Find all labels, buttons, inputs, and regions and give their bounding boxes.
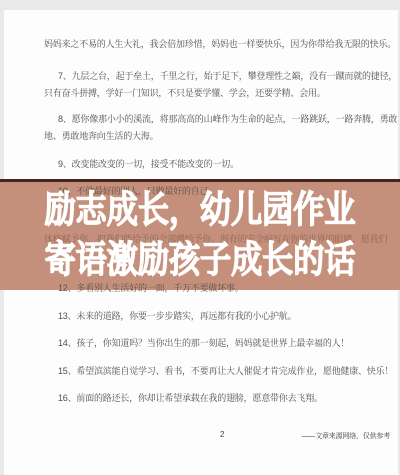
list-item-12: 12、多看别人生活好的一面，千万不要做坏事。 bbox=[44, 280, 398, 297]
banner-title-line1: 励志成长，幼儿园作业 bbox=[45, 188, 356, 232]
page-number: 2 bbox=[220, 430, 224, 439]
paragraph-intro: 妈妈来之不易的人生大礼，我会倍加珍惜，妈妈也一样要快乐，因为你带给我无限的快乐。 bbox=[44, 36, 398, 53]
list-item-7: 7、九层之台，起于垒土，千里之行，始于足下，攀登理性之巅，没有一蹴而就的捷径，只… bbox=[44, 68, 398, 102]
list-item-15: 15、希望滨滨能自觉学习、看书，不要再让大人催促才肯完成作业，愿他健康、快乐！ bbox=[44, 363, 398, 380]
list-item-9: 9、改变能改变的一切，接受不能改变的一切。 bbox=[44, 156, 398, 173]
banner-title-line2: 寄语激励孩子成长的话 bbox=[45, 238, 356, 282]
list-item-14: 14、孩子，你知道吗？当你出生的那一刻起，妈妈就是世界上最幸福的人！ bbox=[44, 335, 398, 352]
list-item-16: 16、前面的路还长，你却让希望承载在我的翅膀，愿意带你去飞翔。 bbox=[44, 390, 398, 407]
list-item-13: 13、未来的道路，你要一步步踏实，再远都有我的小心护航。 bbox=[44, 308, 398, 325]
source-note: ——文章来源网络，仅供参考 bbox=[302, 431, 390, 441]
list-item-8: 8、愿你像那小小的溪流，将那高高的山峰作为生命的起点，一路跳跃，一路奔腾，勇敢地… bbox=[44, 111, 398, 145]
